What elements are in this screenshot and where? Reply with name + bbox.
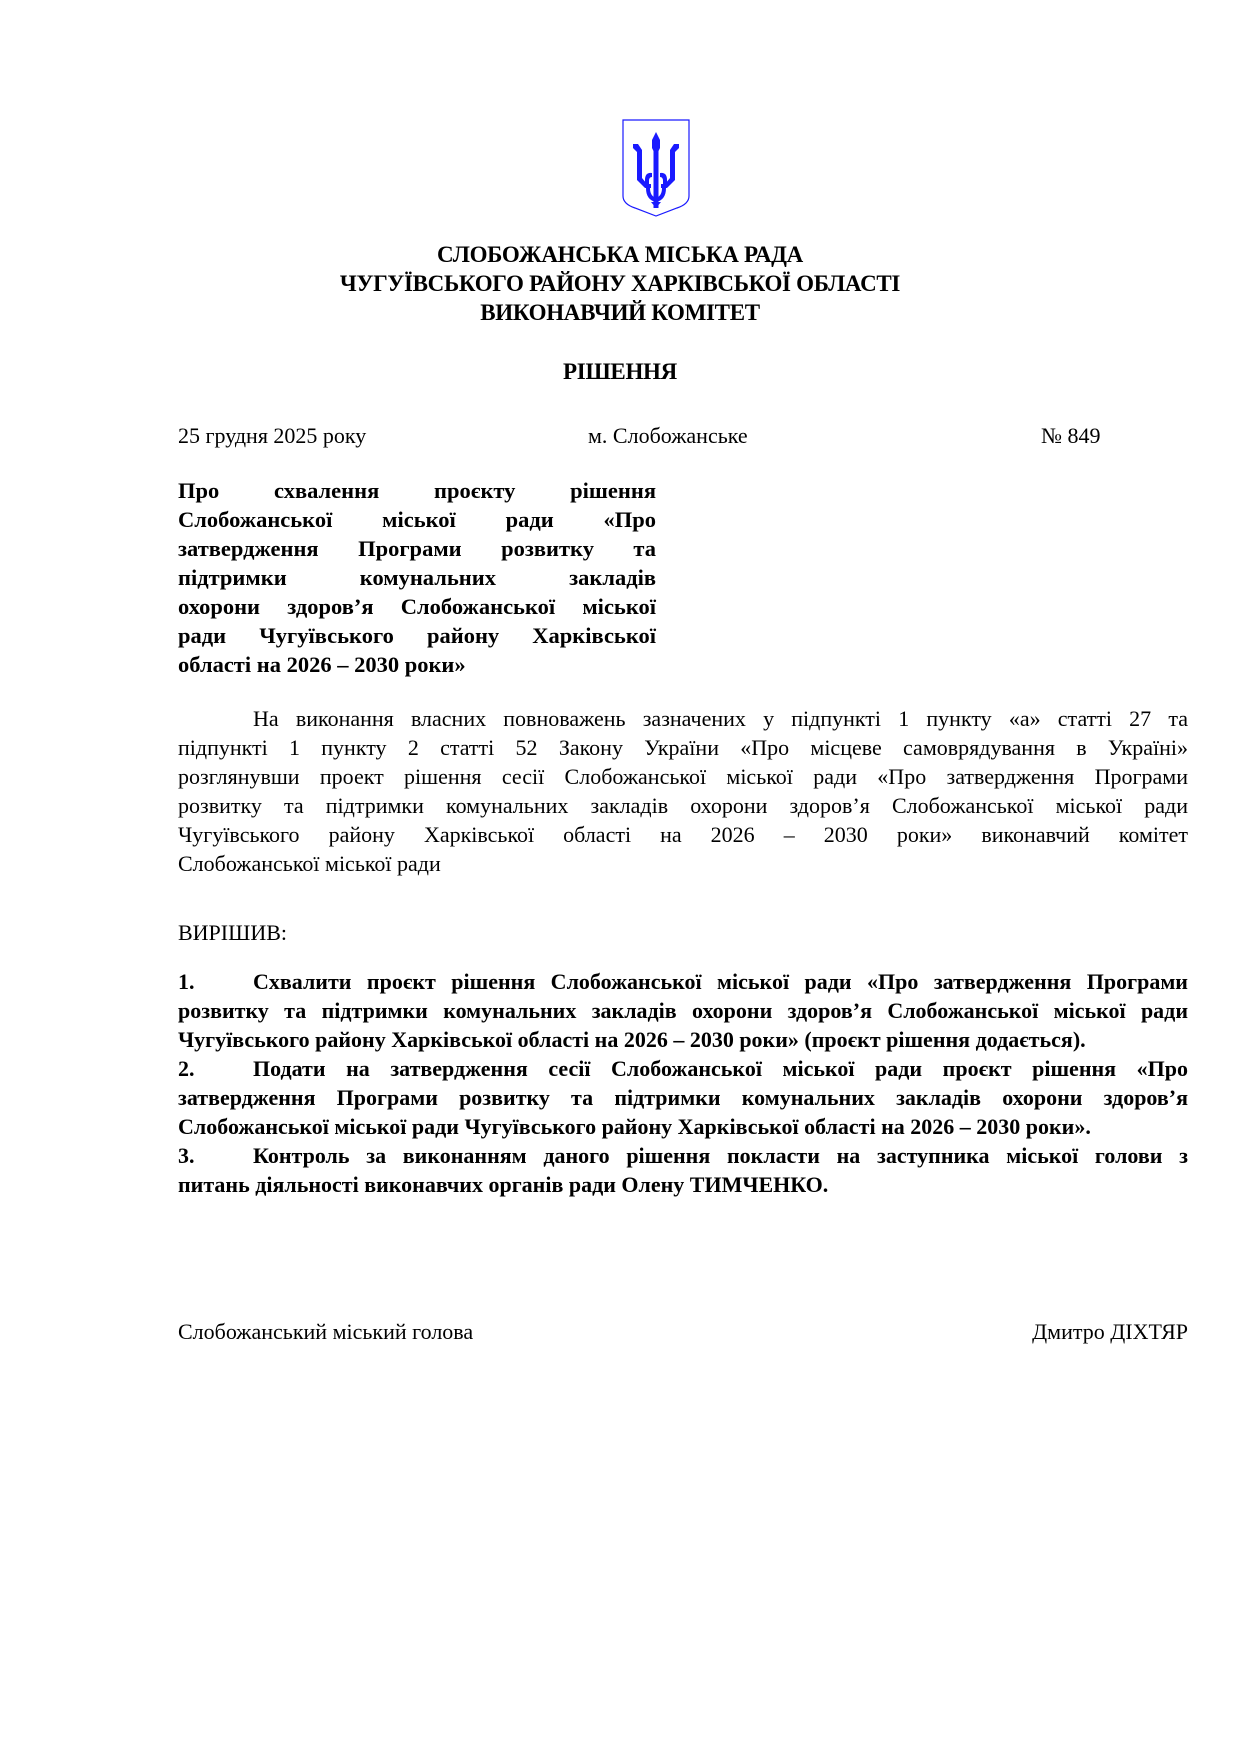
preamble-line: розглянувши проект рішення сесії Слобожа… bbox=[178, 762, 1188, 791]
item-line: розвитку та підтримки комунальних заклад… bbox=[178, 996, 1188, 1025]
subject-line: підтримки комунальних закладів bbox=[178, 563, 656, 592]
resolution-item-2: 2.Подати на затвердження сесії Слобожанс… bbox=[178, 1054, 1188, 1083]
decision-number: № 849 bbox=[1041, 421, 1101, 450]
subject-line: області на 2026 – 2030 роки» bbox=[178, 650, 656, 679]
decision-subject: Про схвалення проєкту рішення Слобожансь… bbox=[178, 476, 656, 679]
item-text: Схвалити проєкт рішення Слобожанської мі… bbox=[253, 969, 1188, 994]
resolution-item-3: 3.Контроль за виконанням даного рішення … bbox=[178, 1141, 1188, 1170]
preamble-line: На виконання власних повноважень зазначе… bbox=[178, 704, 1188, 733]
item-text: Подати на затвердження сесії Слобожанськ… bbox=[253, 1056, 1188, 1081]
subject-line: охорони здоров’я Слобожанської міської bbox=[178, 592, 656, 621]
signatory-name: Дмитро ДІХТЯР bbox=[1032, 1317, 1188, 1346]
item-text: Контроль за виконанням даного рішення по… bbox=[253, 1143, 1188, 1168]
council-name: СЛОБОЖАНСЬКА МІСЬКА РАДА bbox=[0, 240, 1240, 269]
item-number: 2. bbox=[178, 1054, 253, 1083]
subject-line: ради Чугуївського району Харківської bbox=[178, 621, 656, 650]
signatory-position: Слобожанський міський голова bbox=[178, 1317, 473, 1346]
preamble-line: Чугуївського району Харківської області … bbox=[178, 820, 1188, 849]
decision-place: м. Слобожанське bbox=[588, 421, 748, 450]
ukraine-coat-of-arms-icon bbox=[621, 118, 691, 218]
subject-line: затвердження Програми розвитку та bbox=[178, 534, 656, 563]
subject-line: Про схвалення проєкту рішення bbox=[178, 476, 656, 505]
resolution-items: 1.Схвалити проєкт рішення Слобожанської … bbox=[178, 967, 1188, 1199]
preamble-paragraph: На виконання власних повноважень зазначе… bbox=[178, 704, 1188, 878]
preamble-line: Слобожанської міської ради bbox=[178, 849, 1188, 878]
document-type-title: РІШЕННЯ bbox=[0, 357, 1240, 386]
item-number: 3. bbox=[178, 1141, 253, 1170]
executive-committee: ВИКОНАВЧИЙ КОМІТЕТ bbox=[0, 298, 1240, 327]
item-number: 1. bbox=[178, 967, 253, 996]
preamble-line: підпункті 1 пункту 2 статті 52 Закону Ук… bbox=[178, 733, 1188, 762]
document-page: СЛОБОЖАНСЬКА МІСЬКА РАДА ЧУГУЇВСЬКОГО РА… bbox=[0, 0, 1240, 1754]
resolved-label: ВИРІШИВ: bbox=[178, 918, 287, 947]
district-name: ЧУГУЇВСЬКОГО РАЙОНУ ХАРКІВСЬКОЇ ОБЛАСТІ bbox=[0, 269, 1240, 298]
item-line: Слобожанської міської ради Чугуївського … bbox=[178, 1112, 1188, 1141]
subject-line: Слобожанської міської ради «Про bbox=[178, 505, 656, 534]
item-line: питань діяльності виконавчих органів рад… bbox=[178, 1170, 1188, 1199]
resolution-item-1: 1.Схвалити проєкт рішення Слобожанської … bbox=[178, 967, 1188, 996]
item-line: Чугуївського району Харківської області … bbox=[178, 1025, 1188, 1054]
preamble-line: розвитку та підтримки комунальних заклад… bbox=[178, 791, 1188, 820]
decision-date: 25 грудня 2025 року bbox=[178, 421, 366, 450]
item-line: затвердження Програми розвитку та підтри… bbox=[178, 1083, 1188, 1112]
